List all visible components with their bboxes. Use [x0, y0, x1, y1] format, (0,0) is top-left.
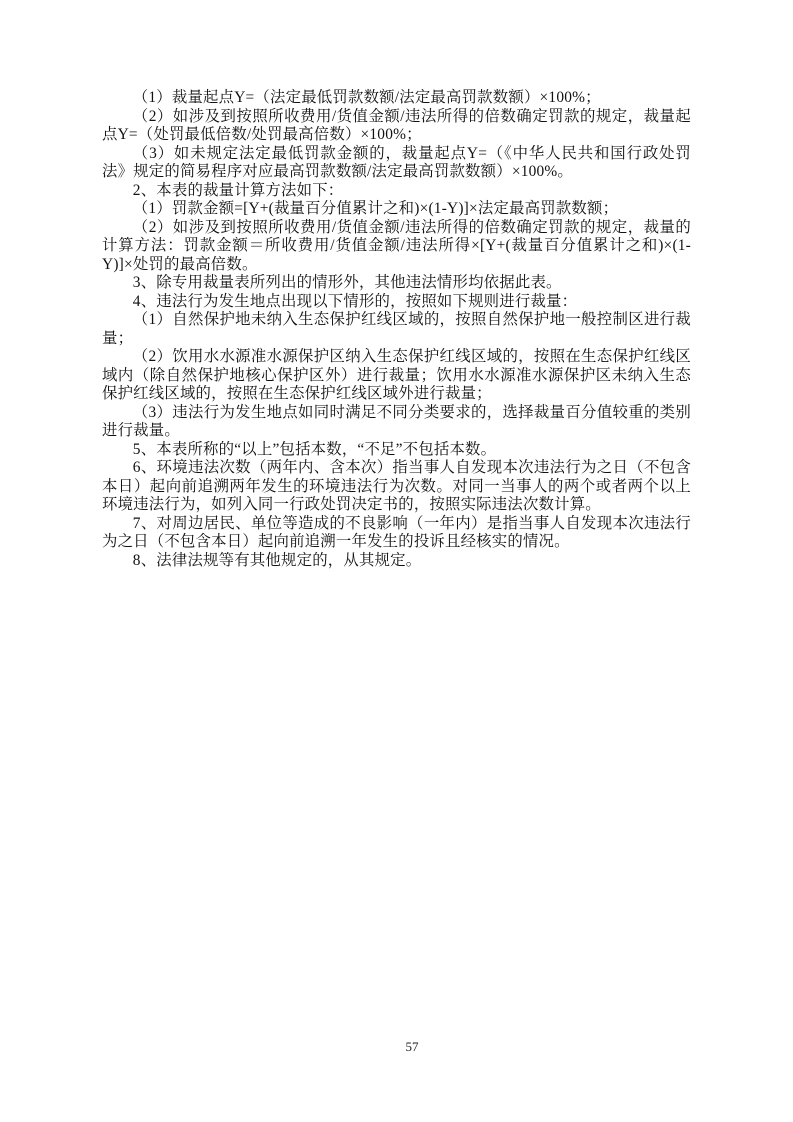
- page-number: 57: [352, 1039, 472, 1055]
- paragraph-10: （2）饮用水水源准水源保护区纳入生态保护红线区域的，按照在生态保护红线区域内（除…: [102, 348, 691, 404]
- paragraph-3: （3）如未规定法定最低罚款金额的，裁量起点Y=（《中华人民共和国行政处罚法》规定…: [102, 145, 691, 182]
- paragraph-13: 6、环境违法次数（两年内、含本次）指当事人自发现本次违法行为之日（不包含本日）起…: [102, 459, 691, 515]
- paragraph-2: （2）如涉及到按照所收费用/货值金额/违法所得的倍数确定罚款的规定，裁量起点Y=…: [102, 108, 691, 145]
- paragraph-8: 4、违法行为发生地点出现以下情形的，按照如下规则进行裁量：: [102, 293, 691, 312]
- document-body: （1）裁量起点Y=（法定最低罚款数额/法定最高罚款数额）×100%；（2）如涉及…: [102, 89, 691, 570]
- document-page: （1）裁量起点Y=（法定最低罚款数额/法定最高罚款数额）×100%；（2）如涉及…: [0, 0, 793, 1122]
- paragraph-9: （1）自然保护地未纳入生态保护红线区域的，按照自然保护地一般控制区进行裁量；: [102, 311, 691, 348]
- paragraph-12: 5、本表所称的“以上”包括本数，“不足”不包括本数。: [102, 441, 691, 460]
- paragraph-11: （3）违法行为发生地点如同时满足不同分类要求的，选择裁量百分值较重的类别进行裁量…: [102, 404, 691, 441]
- paragraph-1: （1）裁量起点Y=（法定最低罚款数额/法定最高罚款数额）×100%；: [102, 89, 691, 108]
- paragraph-14: 7、对周边居民、单位等造成的不良影响（一年内）是指当事人自发现本次违法行为之日（…: [102, 515, 691, 552]
- paragraph-6: （2）如涉及到按照所收费用/货值金额/违法所得的倍数确定罚款的规定，裁量的计算方…: [102, 219, 691, 275]
- paragraph-4: 2、本表的裁量计算方法如下：: [102, 182, 691, 201]
- paragraph-5: （1）罚款金额=[Y+(裁量百分值累计之和)×(1-Y)]×法定最高罚款数额；: [102, 200, 691, 219]
- paragraph-7: 3、除专用裁量表所列出的情形外，其他违法情形均依据此表。: [102, 274, 691, 293]
- paragraph-15: 8、法律法规等有其他规定的，从其规定。: [102, 552, 691, 571]
